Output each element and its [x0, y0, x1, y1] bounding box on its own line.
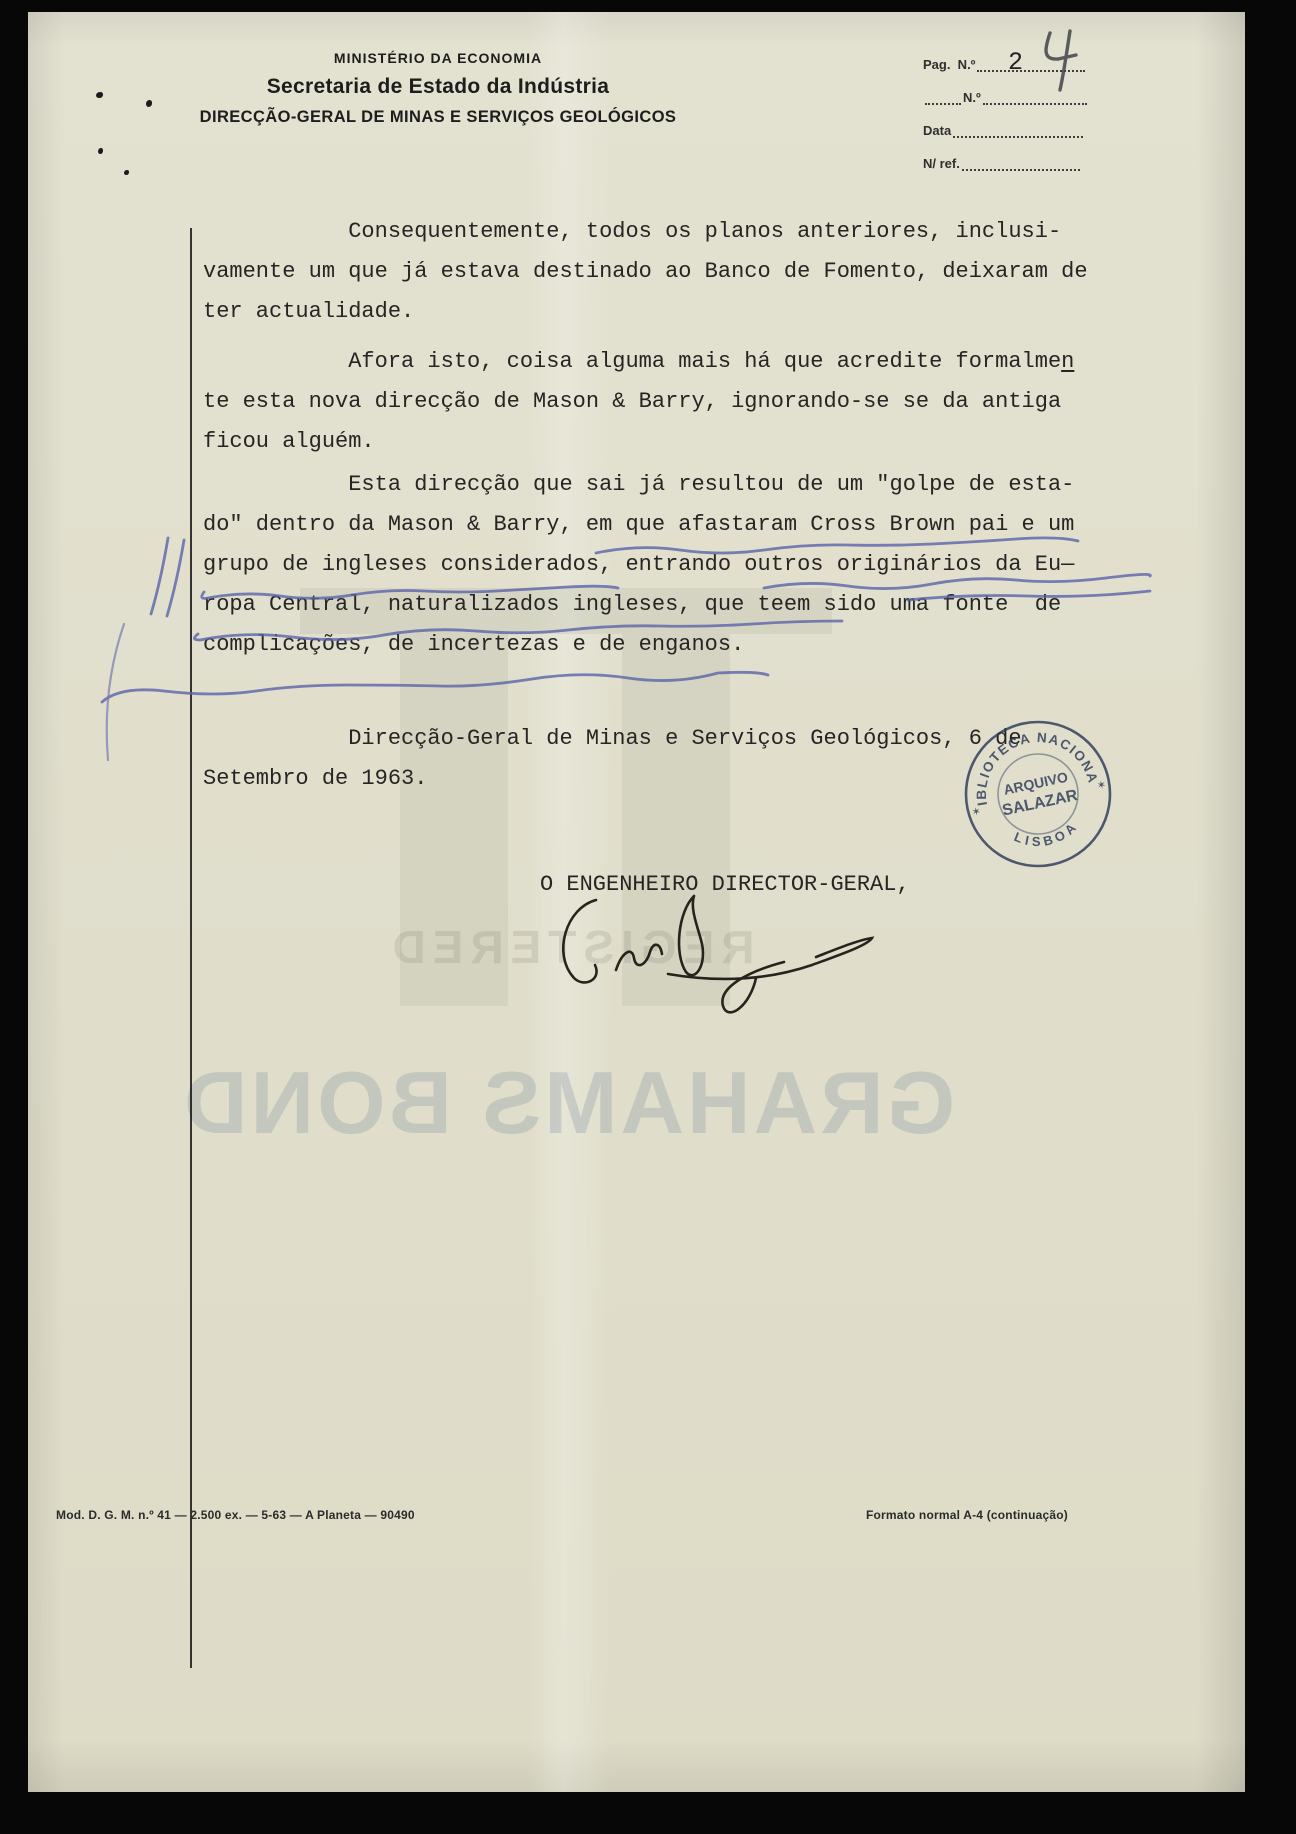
archive-stamp: BIBLIOTECA NACIONAL LISBOA ARQUIVO SALAZ…: [941, 697, 1136, 892]
paper-sheet: REGISTERED GRAHAMS BOND MINISTÉRIO DA EC…: [28, 12, 1245, 1792]
footer-model-number: Mod. D. G. M. n.º 41 — 2.500 ex. — 5-63 …: [56, 1508, 415, 1522]
date-label: Data: [923, 123, 951, 138]
body-line: vamente um que já estava destinado ao Ba…: [203, 252, 1088, 292]
staple-mark: [146, 100, 152, 107]
handwritten-page-number: [1036, 26, 1084, 96]
body-line: ropa Central, naturalizados ingleses, qu…: [203, 585, 1074, 625]
footer-format-note: Formato normal A-4 (continuação): [866, 1508, 1068, 1522]
watermark-grahams-bond: GRAHAMS BOND: [168, 1052, 968, 1154]
signature: [516, 880, 906, 1035]
directorate-name: DIRECÇÃO-GERAL DE MINAS E SERVIÇOS GEOLÓ…: [158, 108, 718, 127]
our-ref-field: N/ ref.: [923, 151, 1163, 171]
staple-mark: [96, 92, 103, 98]
body-line: grupo de ingleses considerados, entrando…: [203, 545, 1074, 585]
margin-rule: [190, 228, 192, 1668]
body-line-text: Afora isto, coisa alguma mais há que acr…: [203, 349, 1061, 374]
paragraph-3: Esta direcção que sai já resultou de um …: [203, 465, 1074, 665]
dotted-leader: [962, 155, 1080, 171]
dotted-leader: [925, 89, 961, 105]
body-line: te esta nova direcção de Mason & Barry, …: [203, 382, 1074, 422]
body-line: ter actualidade.: [203, 292, 1088, 332]
our-ref-label: N/ ref.: [923, 156, 960, 171]
date-line: Setembro de 1963.: [203, 759, 1022, 799]
dotted-leader: [953, 122, 1083, 138]
date-field: Data: [923, 118, 1163, 138]
body-line: Afora isto, coisa alguma mais há que acr…: [203, 342, 1074, 382]
date-line: Direcção-Geral de Minas e Serviços Geoló…: [203, 719, 1022, 759]
stamp-arc-bottom: LISBOA: [1009, 816, 1084, 856]
staple-mark: [98, 148, 103, 154]
body-line: do" dentro da Mason & Barry, em que afas…: [203, 505, 1074, 545]
body-line: ficou alguém.: [203, 422, 1074, 462]
scanned-document-page: { "header": { "org_line1": "MINISTÉRIO D…: [0, 0, 1296, 1834]
dateline: Direcção-Geral de Minas e Serviços Geoló…: [203, 719, 1022, 799]
ministry-name: MINISTÉRIO DA ECONOMIA: [158, 50, 718, 66]
body-line: Consequentemente, todos os planos anteri…: [203, 212, 1088, 252]
paragraph-2: Afora isto, coisa alguma mais há que acr…: [203, 342, 1074, 462]
stamp-star-left: ✶: [971, 805, 983, 819]
body-line: complicações, de incertezas e de enganos…: [203, 625, 1074, 665]
hyphenation-underline: n: [1061, 349, 1074, 374]
stamp-star-right: ✶: [1096, 779, 1108, 793]
svg-text:LISBOA: LISBOA: [1009, 816, 1084, 856]
secretariat-name: Secretaria de Estado da Indústria: [158, 75, 718, 99]
paragraph-1: Consequentemente, todos os planos anteri…: [203, 212, 1088, 332]
staple-mark: [124, 170, 129, 175]
typed-page-number: 2: [1008, 48, 1023, 77]
body-line: Esta direcção que sai já resultou de um …: [203, 465, 1074, 505]
letterhead: MINISTÉRIO DA ECONOMIA Secretaria de Est…: [158, 50, 718, 127]
page-number-label: Pag. N.º: [923, 57, 975, 72]
number-label: N.º: [963, 90, 981, 105]
